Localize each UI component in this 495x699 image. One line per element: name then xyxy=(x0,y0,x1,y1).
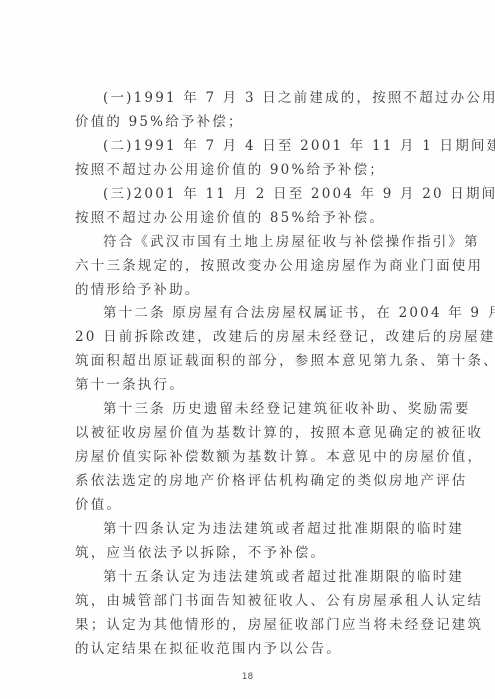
body-text: (一)1991 年 7 月 3 日之前建成的，按照不超过办公用途 价值的 95%… xyxy=(75,87,414,662)
line-article-15-cont-2: 果；认定为其他情形的，房屋征收部门应当将未经登记建筑 xyxy=(75,614,414,638)
line-compensation-clause-3: (三)2001 年 11 月 2 日至 2004 年 9 月 20 日期间建成的… xyxy=(75,183,414,207)
line-article-12-end: 第十一条执行。 xyxy=(75,374,414,398)
line-article-14-end: 筑，应当依法予以拆除，不予补偿。 xyxy=(75,542,414,566)
line-article-13-cont-3: 系依法选定的房地产价格评估机构确定的类似房地产评估 xyxy=(75,470,414,494)
line-article-12-cont-1: 20 日前拆除改建，改建后的房屋未经登记，改建后的房屋建 xyxy=(75,326,414,350)
line-article-14: 第十四条认定为违法建筑或者超过批准期限的临时建 xyxy=(75,518,414,542)
line-compensation-clause-2: (二)1991 年 7 月 4 日至 2001 年 11 月 1 日期间建成的， xyxy=(75,135,414,159)
line-compensation-clause-2-cont: 按照不超过办公用途价值的 90%给予补偿； xyxy=(75,159,414,183)
line-guideline-reference-end: 的情形给予补助。 xyxy=(75,279,414,303)
line-article-15-end: 的认定结果在拟征收范围内予以公告。 xyxy=(75,638,414,662)
line-article-13-cont-1: 以被征收房屋价值为基数计算的，按照本意见确定的被征收 xyxy=(75,422,414,446)
line-compensation-clause-1: (一)1991 年 7 月 3 日之前建成的，按照不超过办公用途 xyxy=(75,87,414,111)
line-article-13-end: 价值。 xyxy=(75,494,414,518)
line-article-13-cont-2: 房屋价值实际补偿数额为基数计算。本意见中的房屋价值， xyxy=(75,446,414,470)
line-article-13: 第十三条 历史遗留未经登记建筑征收补助、奖励需要 xyxy=(75,398,414,422)
page-number: 18 xyxy=(0,672,495,682)
line-compensation-clause-1-cont: 价值的 95%给予补偿； xyxy=(75,111,414,135)
line-compensation-clause-3-cont: 按照不超过办公用途价值的 85%给予补偿。 xyxy=(75,207,414,231)
line-article-15: 第十五条认定为违法建筑或者超过批准期限的临时建 xyxy=(75,566,414,590)
line-article-12-cont-2: 筑面积超出原证载面积的部分，参照本意见第九条、第十条、 xyxy=(75,350,414,374)
line-article-15-cont-1: 筑，由城管部门书面告知被征收人、公有房屋承租人认定结 xyxy=(75,590,414,614)
document-page: (一)1991 年 7 月 3 日之前建成的，按照不超过办公用途 价值的 95%… xyxy=(0,0,495,699)
line-guideline-reference-cont: 六十三条规定的，按照改变办公用途房屋作为商业门面使用 xyxy=(75,255,414,279)
line-article-12: 第十二条 原房屋有合法房屋权属证书，在 2004 年 9 月 xyxy=(75,302,414,326)
line-guideline-reference: 符合《武汉市国有土地上房屋征收与补偿操作指引》第 xyxy=(75,231,414,255)
